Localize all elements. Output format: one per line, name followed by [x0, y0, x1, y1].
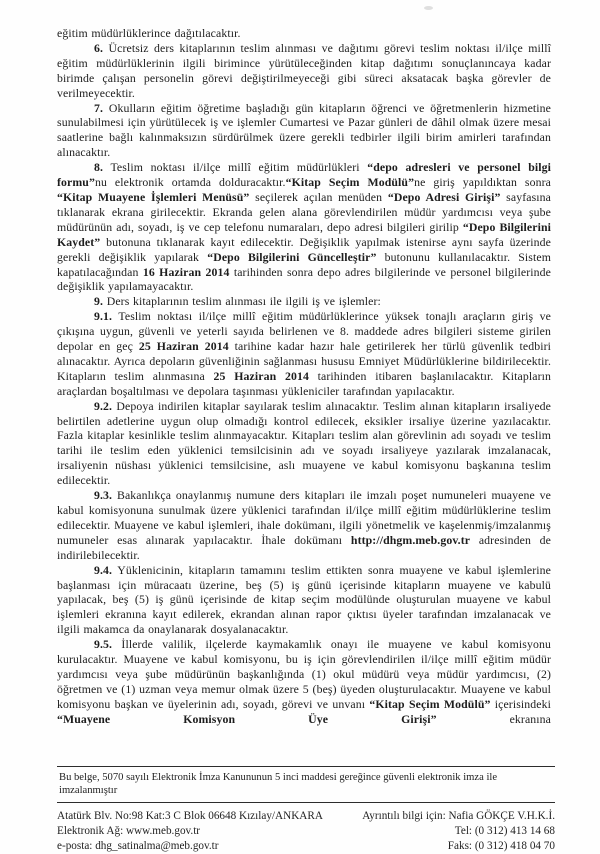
p-item-7: 7. Okulların eğitim öğretime başladığı g…: [57, 101, 551, 161]
p-item-9-3: 9.3. Bakanlıkça onaylanmış numune ders k…: [57, 488, 551, 563]
p-item-6: 6. Ücretsiz ders kitaplarının teslim alı…: [57, 41, 551, 101]
p-item-9-1: 9.1. Teslim noktası il/ilçe millî eğitim…: [57, 309, 551, 398]
footer-contact-block: Atatürk Blv. No:98 Kat:3 C Blok 06648 Kı…: [57, 803, 555, 854]
document-body-text: eğitim müdürlüklerince dağıtılacaktır.6.…: [57, 26, 551, 727]
p-item-9-5: 9.5. İllerde valilik, ilçelerde kaymakam…: [57, 637, 551, 726]
footer-phone-line: Tel: (0 312) 413 14 68: [362, 824, 555, 839]
scan-smudge-artifact: [424, 6, 433, 10]
p-item-8: 8. Teslim noktası il/ilçe millî eğitim m…: [57, 160, 551, 294]
p-intro-continuation: eğitim müdürlüklerince dağıtılacaktır.: [57, 26, 551, 41]
p-item-9-2: 9.2. Depoya indirilen kitaplar sayılarak…: [57, 399, 551, 488]
footer-info-block: Ayrıntılı bilgi için: Nafia GÖKÇE V.H.K.…: [362, 809, 555, 854]
scanned-document-page: eğitim müdürlüklerince dağıtılacaktır.6.…: [0, 0, 600, 854]
footer-fax-line: Faks: (0 312) 418 04 70: [362, 839, 555, 854]
footer-email-line: e-posta: dhg_satinalma@meb.gov.tr: [57, 839, 323, 854]
p-item-9-4: 9.4. Yüklenicinin, kitapların tamamını t…: [57, 563, 551, 638]
p-item-9: 9. Ders kitaplarının teslim alınması ile…: [57, 294, 551, 309]
url-text: http://dhgm.meb.gov.tr: [351, 533, 470, 547]
document-footer: Bu belge, 5070 sayılı Elektronik İmza Ka…: [57, 766, 555, 854]
footer-website-line: Elektronik Ağ: www.meb.gov.tr: [57, 824, 323, 839]
footer-contact-person-line: Ayrıntılı bilgi için: Nafia GÖKÇE V.H.K.…: [362, 809, 555, 824]
electronic-signature-notice: Bu belge, 5070 sayılı Elektronik İmza Ka…: [57, 767, 555, 802]
footer-address-block: Atatürk Blv. No:98 Kat:3 C Blok 06648 Kı…: [57, 809, 323, 854]
footer-address-line: Atatürk Blv. No:98 Kat:3 C Blok 06648 Kı…: [57, 809, 323, 824]
